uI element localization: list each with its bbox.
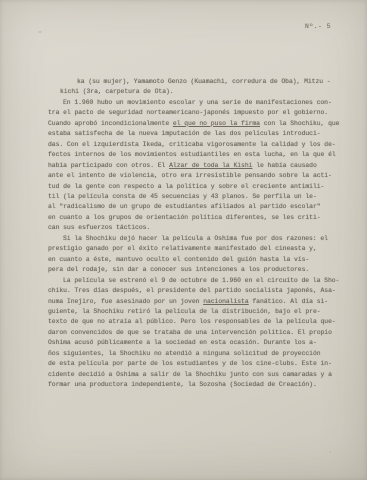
text-line: numa Inejiro, fue asesinado por un joven… bbox=[48, 297, 330, 307]
text-line: tud de la gente con respecto a la políti… bbox=[48, 182, 330, 192]
page-number: Nº.- 5 bbox=[305, 23, 331, 30]
text-line: chiku. Tres días después, el presidente … bbox=[48, 286, 330, 296]
document-page: Nº.- 5 ka (su mujer), Yamamoto Genzo (Ku… bbox=[0, 0, 367, 480]
text-line: estaba satisfecha de la nueva imputación… bbox=[48, 129, 330, 139]
text-line: ka (su mujer), Yamamoto Genzo (Kuamachi,… bbox=[77, 77, 330, 87]
paragraph: Si la Shochiku dejó hacer la película a … bbox=[48, 234, 330, 276]
text-line: formar una productora independiente, la … bbox=[48, 380, 330, 390]
text-line: En 1.960 hubo un movimiento escolar y un… bbox=[48, 98, 330, 108]
text-line: cidente decidió a Oshima a salir de la S… bbox=[48, 370, 330, 380]
text-line: fectos internos de los movimientos estud… bbox=[48, 150, 330, 160]
text-line: en cuanto a los grupos de orientación po… bbox=[48, 213, 330, 223]
text-line: prestigio ganado por el éxito relativame… bbox=[48, 244, 330, 254]
text-line: guiente, la Shochiku retiró la película … bbox=[48, 307, 330, 317]
text-line: pera del rodaje, sin dar a conocer sus i… bbox=[48, 265, 330, 275]
text-line: Cuando aprobó incondicionalmente el que … bbox=[48, 119, 330, 129]
text-line: Oshima acusó públicamente a la sociedad … bbox=[48, 338, 330, 348]
text-line: Si la Shochiku dejó hacer la película a … bbox=[48, 234, 330, 244]
text-line: ños siguientes, la Shochiku no atendió a… bbox=[48, 349, 330, 359]
text-line: tra el pacto de seguridad norteamericano… bbox=[48, 108, 330, 118]
text-line: La película se estrenó el 9 de octubre d… bbox=[48, 276, 330, 286]
text-line: das. Con el izquierdista Ikeda, criticab… bbox=[48, 140, 330, 150]
text-line: ante el intento de violencia, otro era i… bbox=[48, 171, 330, 181]
text-line: al "radicalismo de un grupo de estudiant… bbox=[48, 202, 330, 212]
text-line: en cuanto a éste, mantuvo oculto el cont… bbox=[48, 255, 330, 265]
paragraph: ka (su mujer), Yamamoto Genzo (Kuamachi,… bbox=[48, 77, 330, 98]
typewritten-text-block: ka (su mujer), Yamamoto Genzo (Kuamachi,… bbox=[48, 77, 330, 391]
text-line: daron convencidos de que se trataba de u… bbox=[48, 328, 330, 338]
paragraph: La película se estrenó el 9 de octubre d… bbox=[48, 276, 330, 391]
text-line: can sus esfuerzos tácticos. bbox=[48, 223, 330, 233]
text-line: til (la película consta de 45 secuencias… bbox=[48, 192, 330, 202]
text-line: texto de que no atraía al público. Pero … bbox=[48, 317, 330, 327]
text-line: había participado con otros. El Alzar de… bbox=[48, 161, 330, 171]
text-line: kichi (3ra, carpetura de Ota). bbox=[60, 87, 330, 97]
text-line: de esta película por parte de los estudi… bbox=[48, 359, 330, 369]
paragraph: En 1.960 hubo un movimiento escolar y un… bbox=[48, 98, 330, 234]
